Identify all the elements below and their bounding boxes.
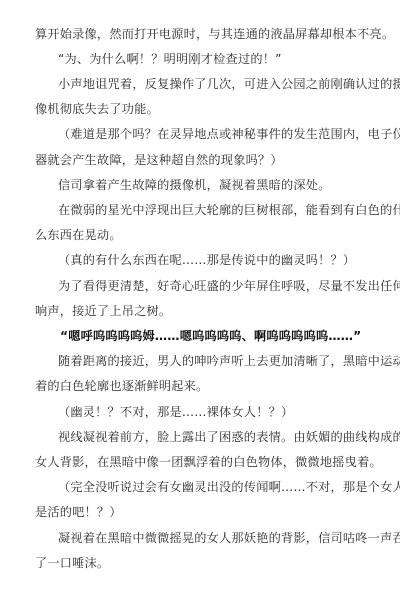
text-line: 凝视着在黑暗中微微摇晃的女人那妖艳的背影，信司咕咚一声吞: [58, 528, 398, 548]
text-line: 着的白色轮廓也逐渐鲜明起来。: [35, 376, 375, 396]
text-line: 响声，接近了上吊之树。: [35, 301, 375, 321]
dialogue-line: “为、为什么啊！？明明刚才检查过的！”: [58, 49, 398, 69]
text-line: 了一口唾沫。: [35, 553, 375, 573]
thought-line: （幽灵！？不对，那是……裸体女人！？）: [58, 402, 398, 422]
text-line: 为了看得更清楚，好奇心旺盛的少年屏住呼吸，尽量不发出任何: [58, 276, 398, 296]
thought-line: （真的有什么东西在呢……那是传说中的幽灵吗！？）: [58, 250, 398, 270]
text-line: 小声地诅咒着，反复操作了几次，可进入公园之前刚确认过的摄: [58, 74, 398, 94]
text-line: 女人背影，在黑暗中像一团飘浮着的白色物体，微微地摇曳着。: [35, 452, 375, 472]
text-line: 视线凝视着前方，脸上露出了困惑的表情。由妖媚的曲线构成的: [58, 427, 398, 447]
text-line: 么东西在晃动。: [35, 225, 375, 245]
thought-line: （完全没听说过会有女幽灵出没的传闻啊……不对，那是个女人: [58, 477, 398, 497]
text-line: 在微弱的星光中浮现出巨大轮廓的巨树根部，能看到有白色的什: [58, 200, 398, 220]
text-line: 算开始录像，然而打开电源时，与其连通的液晶屏幕却根本不亮。: [35, 24, 375, 44]
thought-line: 器就会产生故障，是这种超自然的现象吗？）: [35, 150, 375, 170]
document-page: 算开始录像，然而打开电源时，与其连通的液晶屏幕却根本不亮。 “为、为什么啊！？明…: [0, 0, 400, 609]
text-line: 随着距离的接近，男人的呻吟声听上去更加清晰了，黑暗中运动: [58, 351, 398, 371]
thought-line: 是活的吧！？）: [35, 502, 375, 522]
text-line: 像机彻底失去了功能。: [35, 99, 375, 119]
thought-line: （难道是那个吗？在灵异地点或神秘事件的发生范围内，电子仪: [58, 124, 398, 144]
bold-dialogue-line: “嗯呼呜呜呜呜姆……嗯呜呜呜呜、啊呜呜呜呜呜……”: [60, 326, 400, 346]
text-line: 信司拿着产生故障的摄像机，凝视着黑暗的深处。: [58, 175, 398, 195]
